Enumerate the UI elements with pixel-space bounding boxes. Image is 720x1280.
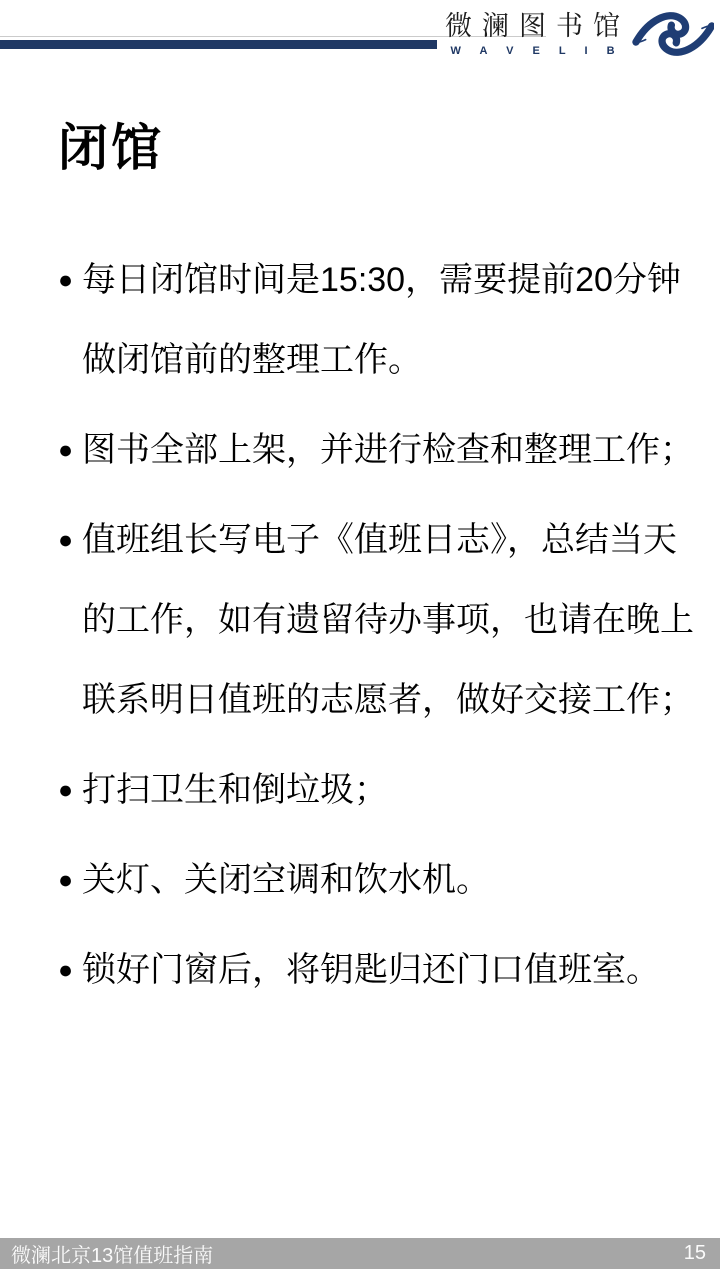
bullet-line: 的工作，如有遗留待办事项，也请在晚上 [82, 580, 694, 660]
bullet-icon: ● [58, 410, 82, 490]
footer-bar: 微澜北京13馆值班指南 15 [0, 1238, 720, 1269]
slide-page: 微澜图书馆 W A V E L I B 闭馆 ● 每日闭馆时间是15:30，需要… [0, 0, 720, 1280]
bullet-line: 做闭馆前的整理工作。 [82, 320, 681, 400]
bullet-line: 打扫卫生和倒垃圾； [82, 750, 388, 830]
wavelib-brand-latin: W A V E L I B [442, 44, 622, 59]
list-item: ● 图书全部上架，并进行检查和整理工作； [58, 410, 720, 490]
bullet-line: 值班组长写电子《值班日志》，总结当天 [82, 500, 694, 580]
wave-logo-icon [632, 5, 714, 63]
bullet-line: 联系明日值班的志愿者，做好交接工作； [82, 660, 694, 740]
bullet-icon: ● [58, 500, 82, 740]
bullet-icon: ● [58, 750, 82, 830]
list-item: ● 打扫卫生和倒垃圾； [58, 750, 720, 830]
page-number: 15 [684, 1242, 706, 1265]
wavelib-logo: 微澜图书馆 W A V E L I B [435, 5, 714, 63]
wavelib-brand-chinese: 微澜图书馆 [435, 10, 630, 44]
footer-title: 微澜北京13馆值班指南 [11, 1239, 213, 1268]
bullet-line: 锁好门窗后，将钥匙归还门口值班室。 [82, 930, 660, 1010]
bullet-list: ● 每日闭馆时间是15:30，需要提前20分钟 做闭馆前的整理工作。 ● 图书全… [58, 240, 720, 1010]
bullet-line: 关灯、关闭空调和饮水机。 [82, 840, 490, 920]
bullet-icon: ● [58, 930, 82, 1010]
list-item: ● 每日闭馆时间是15:30，需要提前20分钟 做闭馆前的整理工作。 [58, 240, 720, 400]
list-item: ● 值班组长写电子《值班日志》，总结当天 的工作，如有遗留待办事项，也请在晚上 … [58, 500, 720, 740]
list-item: ● 关灯、关闭空调和饮水机。 [58, 840, 720, 920]
bullet-icon: ● [58, 240, 82, 400]
list-item: ● 锁好门窗后，将钥匙归还门口值班室。 [58, 930, 720, 1010]
bullet-icon: ● [58, 840, 82, 920]
wavelib-logo-text: 微澜图书馆 W A V E L I B [435, 10, 630, 59]
bullet-line: 每日闭馆时间是15:30，需要提前20分钟 [82, 240, 681, 320]
header-navy-rule [0, 40, 437, 49]
bullet-line: 图书全部上架，并进行检查和整理工作； [82, 410, 694, 490]
page-title: 闭馆 [58, 118, 720, 178]
